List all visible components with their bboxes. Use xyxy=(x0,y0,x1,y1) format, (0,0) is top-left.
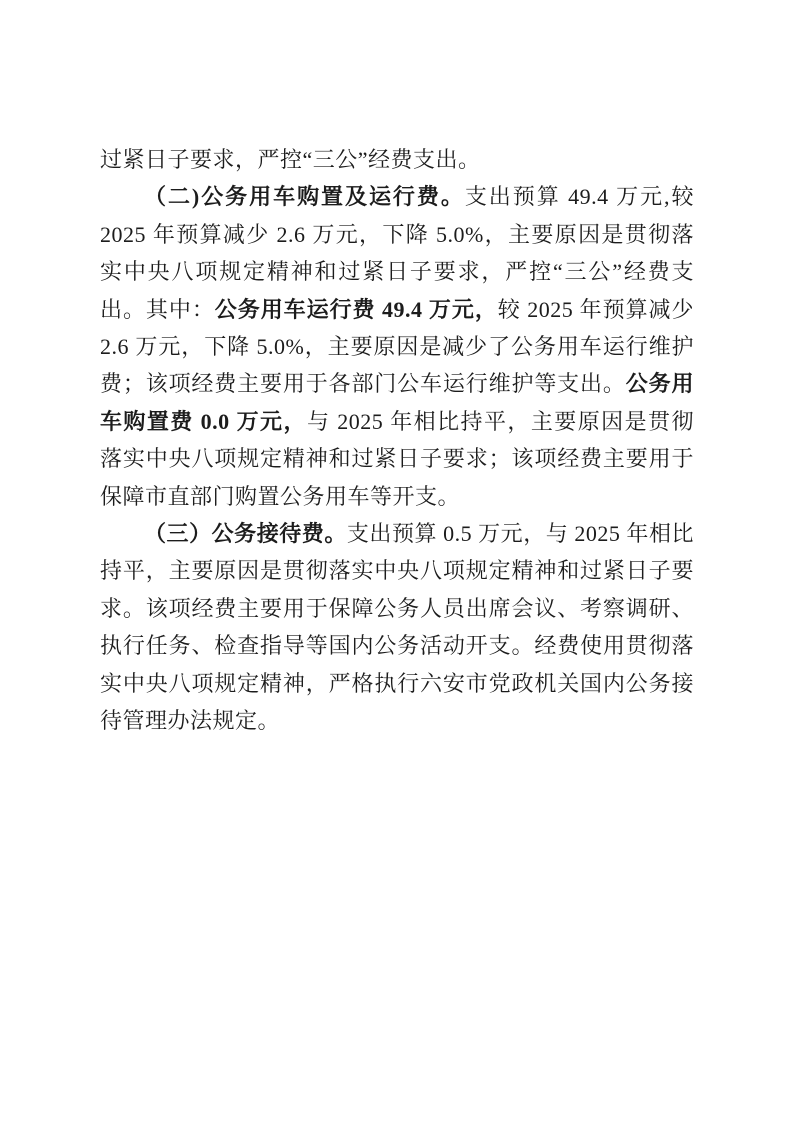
text-run: （三）公务接待费。 xyxy=(144,521,347,546)
paragraph: （二)公务用车购置及运行费。支出预算 49.4 万元,较 2025 年预算减少 … xyxy=(100,178,694,515)
paragraph: 过紧日子要求，严控“三公”经费支出。 xyxy=(100,141,694,178)
document-page: 过紧日子要求，严控“三公”经费支出。（二)公务用车购置及运行费。支出预算 49.… xyxy=(0,0,793,1122)
paragraph: （三）公务接待费。支出预算 0.5 万元，与 2025 年相比持平，主要原因是贯… xyxy=(100,515,694,739)
document-body: 过紧日子要求，严控“三公”经费支出。（二)公务用车购置及运行费。支出预算 49.… xyxy=(100,141,694,740)
text-run: （二)公务用车购置及运行费。 xyxy=(144,184,465,209)
text-run: 支出预算 0.5 万元，与 2025 年相比持平，主要原因是贯彻落实中央八项规定… xyxy=(100,521,694,733)
text-run: 过紧日子要求，严控“三公”经费支出。 xyxy=(100,147,481,172)
text-run: 公务用车运行费 49.4 万元， xyxy=(215,297,498,322)
